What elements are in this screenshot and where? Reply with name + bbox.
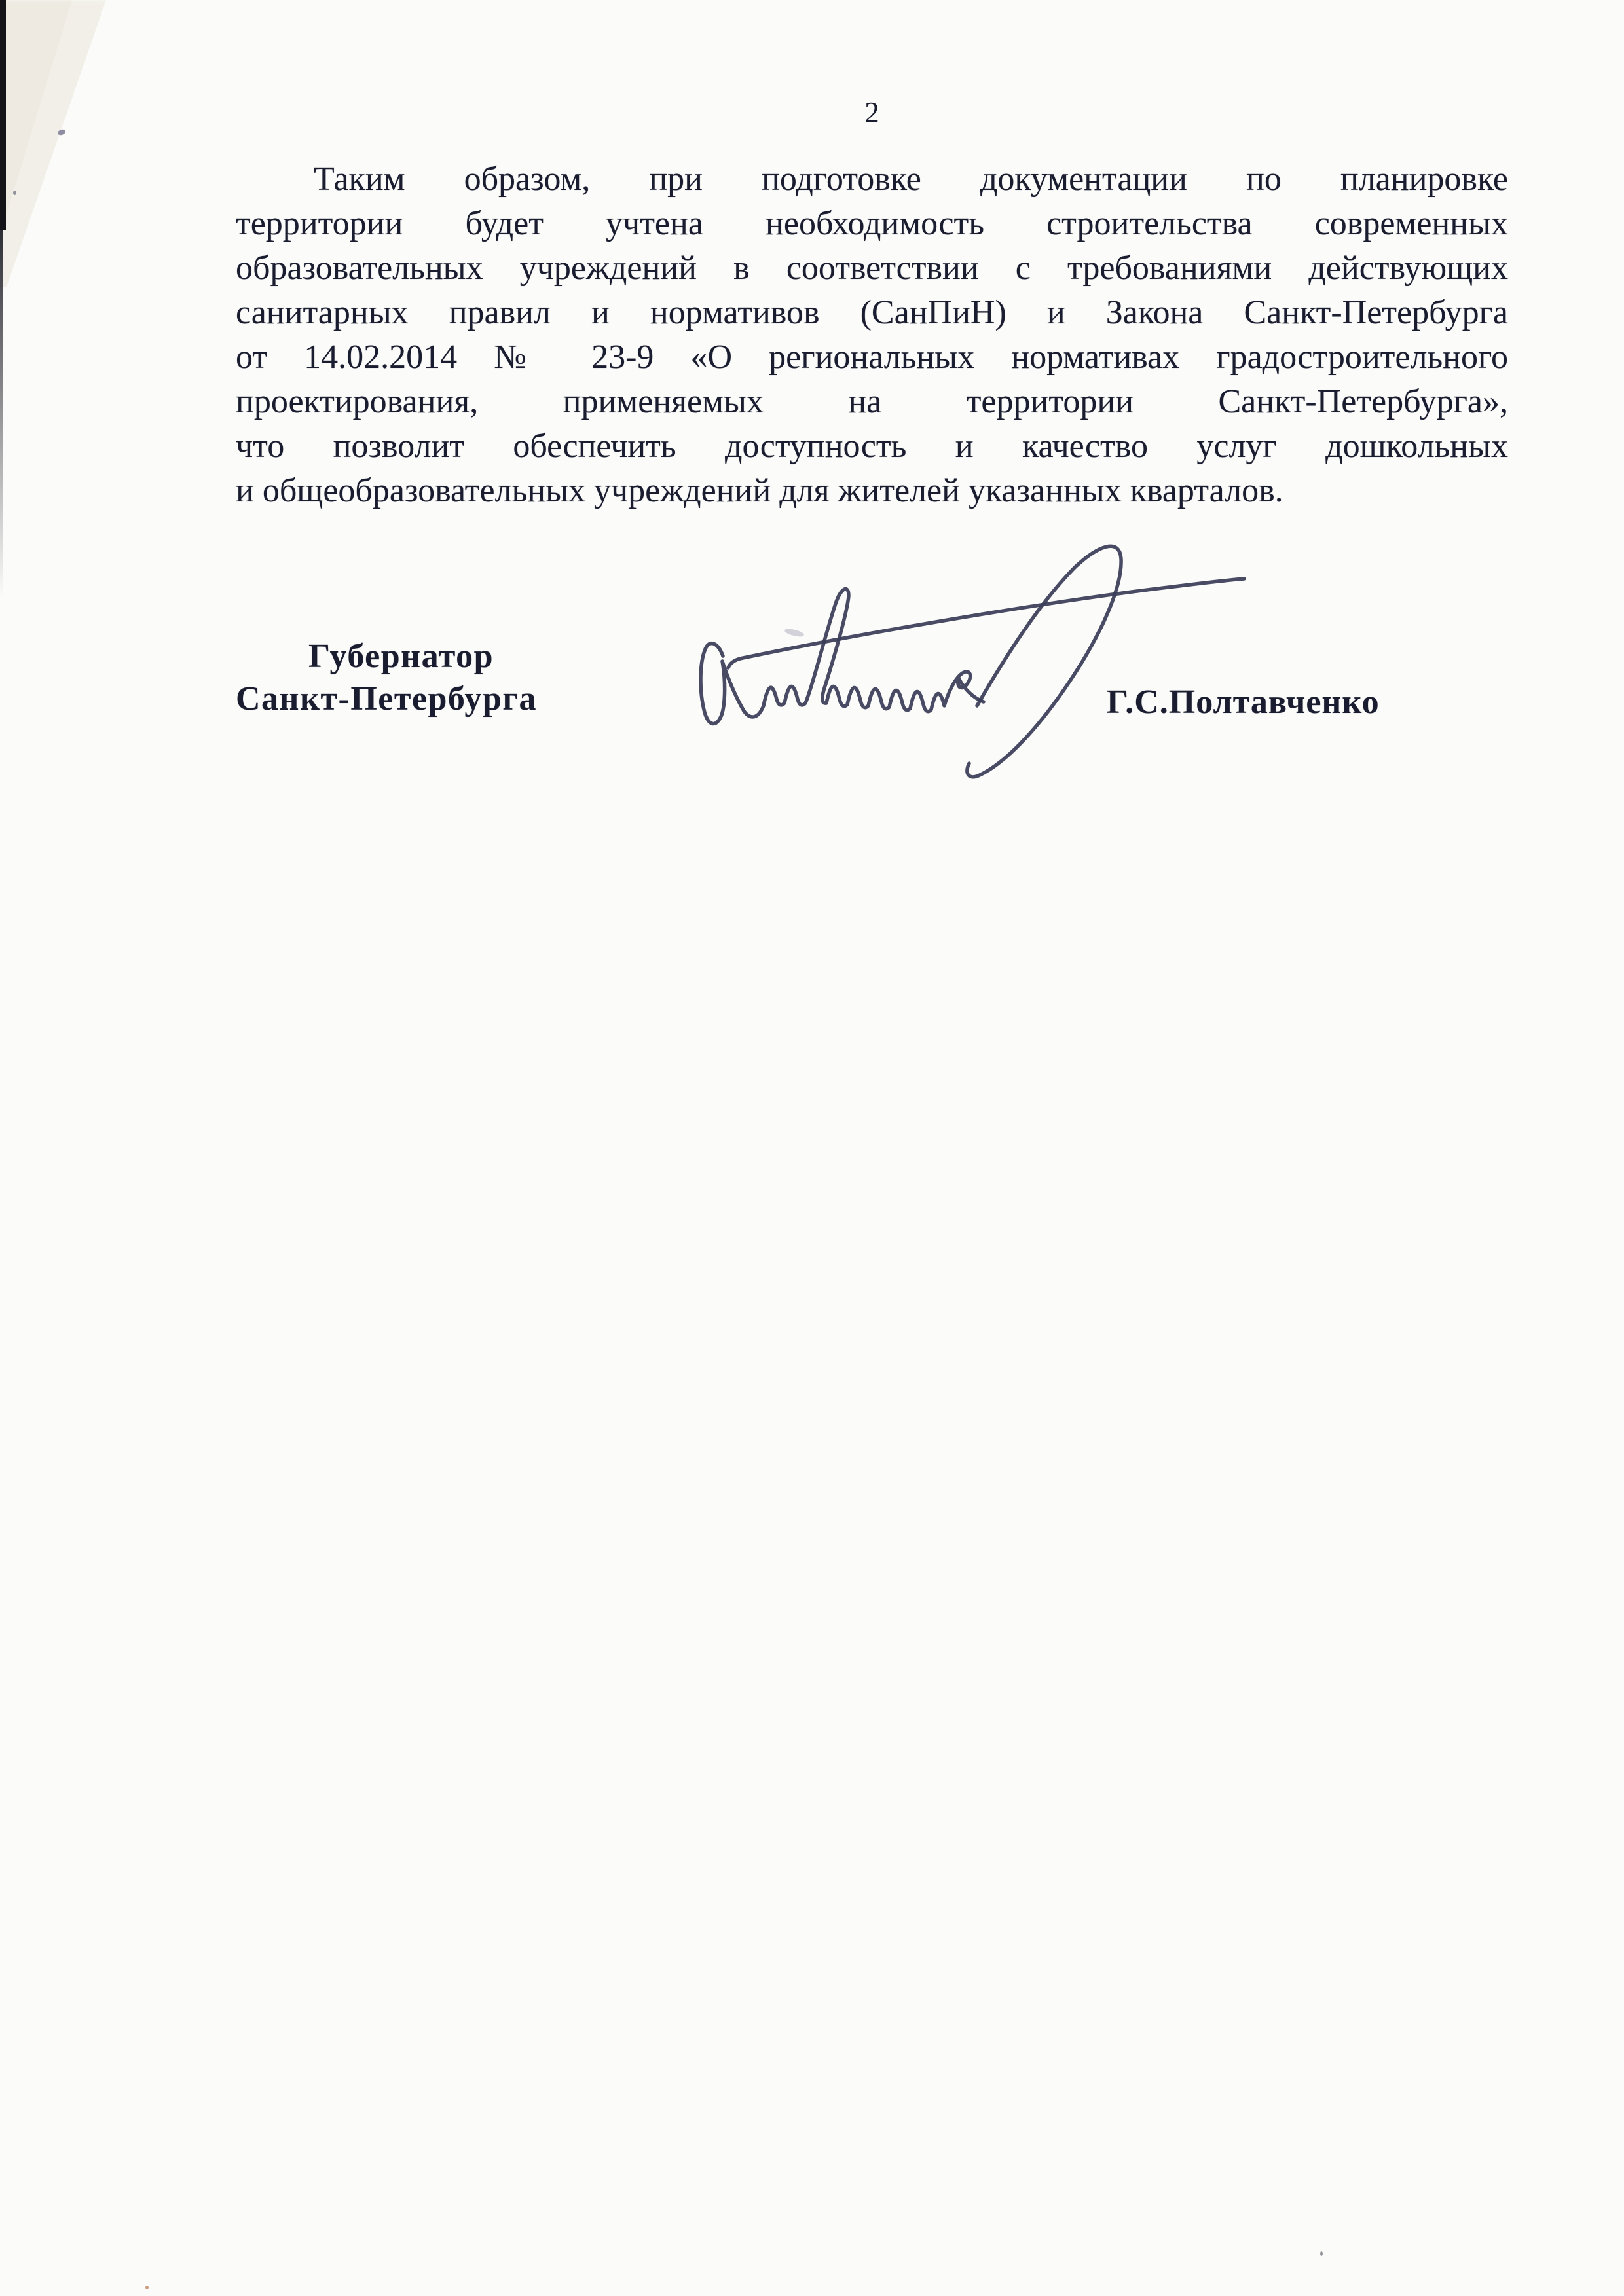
signature-stroke-loop bbox=[967, 546, 1121, 776]
page-number: 2 bbox=[236, 96, 1508, 130]
paragraph-line: и общеобразовательных учреждений для жит… bbox=[236, 469, 1508, 513]
signer-role-line2: Санкт-Петербурга bbox=[236, 678, 566, 720]
scan-edge-artifact-tail bbox=[0, 230, 3, 597]
paragraph-line: территории будет учтена необходимость ст… bbox=[236, 202, 1508, 246]
signature-ink bbox=[668, 530, 1270, 799]
scan-edge-artifact bbox=[0, 0, 6, 230]
scan-speck bbox=[13, 191, 16, 195]
signer-role: Губернатор Санкт-Петербурга bbox=[236, 635, 566, 720]
paragraph-line: образовательных учреждений в соответстви… bbox=[236, 246, 1508, 291]
paragraph-line: проектирования, применяемых на территори… bbox=[236, 380, 1508, 424]
scan-speck bbox=[1320, 2251, 1323, 2256]
paragraph-line: от 14.02.2014 № 23-9 «О региональных нор… bbox=[236, 335, 1508, 380]
document-page: 2 Таким образом, при подготовке документ… bbox=[0, 0, 1624, 2296]
paragraph-line: Таким образом, при подготовке документац… bbox=[236, 157, 1508, 202]
scan-speck bbox=[145, 2286, 149, 2289]
signature-stroke-flourish bbox=[728, 579, 1244, 668]
body-paragraph: Таким образом, при подготовке документац… bbox=[236, 157, 1508, 513]
signer-name: Г.С.Полтавченко bbox=[1107, 681, 1380, 723]
signer-role-line1: Губернатор bbox=[236, 635, 566, 678]
paragraph-line: что позволит обеспечить доступность и ка… bbox=[236, 424, 1508, 469]
paragraph-line: санитарных правил и нормативов (СанПиН) … bbox=[236, 291, 1508, 335]
